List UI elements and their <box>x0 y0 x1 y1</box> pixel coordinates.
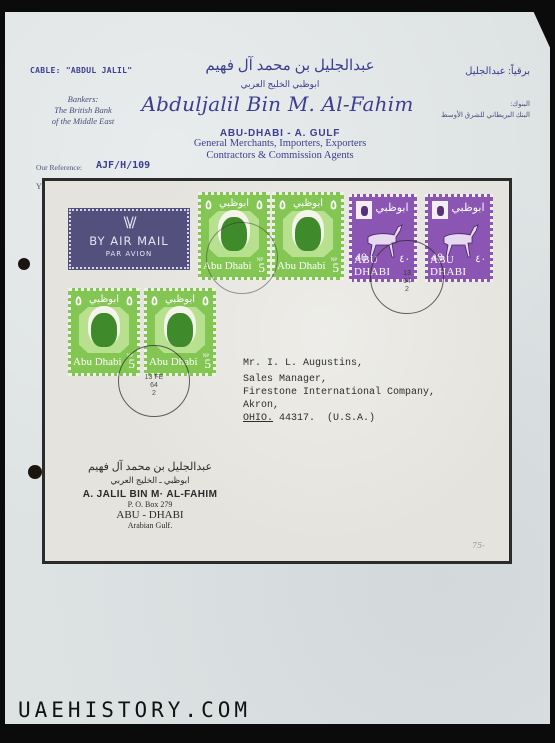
postmark-year: 64 <box>403 278 411 285</box>
recipient-line: Firestone International Company, <box>243 387 435 398</box>
bank-name-line1: The British Bank <box>38 105 128 116</box>
recipient-address: Mr. I. L. Augustins,Sales Manager, Fires… <box>243 357 435 425</box>
stamp-arabic-text: ابوظبي <box>201 198 267 209</box>
trade-line-2: Contractors & Commission Agents <box>150 150 410 162</box>
bank-name-line2: of the Middle East <box>38 116 128 127</box>
stamp-arabic-text: ابوظبي <box>446 201 490 214</box>
bankers-label: Bankers: <box>38 94 128 105</box>
airmail-text: BY AIR MAIL <box>68 234 190 248</box>
wings-icon: \\// <box>68 215 190 231</box>
portrait-icon <box>91 313 117 347</box>
postmark-day: 13 <box>403 270 411 277</box>
par-avion-text: PAR AVION <box>68 250 190 258</box>
reference-value: AJF/H/109 <box>96 160 150 171</box>
arabic-company-name: عبدالجليل بن محمد آل فهيم <box>180 56 400 75</box>
postmark: 13642 <box>370 240 444 314</box>
portrait-icon <box>167 313 193 347</box>
reference-label: Our Reference: <box>36 163 82 172</box>
arabic-location: ابوظبي الخليج العربي <box>200 79 360 90</box>
stamp-arabic-text: ابوظبي <box>275 198 341 209</box>
pencil-note: 75- <box>472 541 485 550</box>
trade-description: General Merchants, Importers, Exporters … <box>150 138 410 162</box>
stamp-value: 5 <box>333 260 340 276</box>
trade-line-1: General Merchants, Importers, Exporters <box>150 138 410 150</box>
stamp-arabic-text: ابوظبي <box>370 201 414 214</box>
portrait-icon <box>295 217 321 251</box>
arabic-bankers-label: البنوك: <box>420 99 530 110</box>
sender-name: A. JALIL BIN M· AL-FAHIM <box>60 489 240 500</box>
postmark-code: 2 <box>152 390 156 397</box>
paper-hole <box>18 258 30 270</box>
arabic-bankers-block: البنوك: البنك البريطاني للشرق الأوسط <box>420 99 530 121</box>
paper-hole <box>28 465 42 479</box>
stamp-country: Abu Dhabi <box>277 260 326 276</box>
postmark-month: FE <box>154 374 163 381</box>
sender-address: عبدالجليل بن محمد آل فهيم ابوظبي ـ الخلي… <box>60 460 240 530</box>
postmark-day: 13 <box>145 374 153 381</box>
stamp-5np: ٥٥ ابوظبي NP Abu Dhabi5 <box>272 192 344 280</box>
stamp-value: 5 <box>205 356 212 372</box>
sender-region: Arabian Gulf. <box>60 521 240 530</box>
recipient-name: Mr. I. L. Augustins, <box>243 357 435 370</box>
sender-city: ABU - DHABI <box>60 509 240 521</box>
postmark <box>206 222 278 294</box>
recipient-state: OHIO. <box>243 413 273 424</box>
truncated-text: Y <box>36 182 42 191</box>
recipient-zip-country: 44317. (U.S.A.) <box>273 413 375 424</box>
stamp-arabic-text: ابوظبي <box>147 294 213 305</box>
postmark: 13 FE642 <box>118 345 190 417</box>
postmark-code: 2 <box>405 286 409 293</box>
sender-arabic-location: ابوظبي ـ الخليج العربي <box>60 475 240 486</box>
stamp-country: Abu Dhabi <box>73 356 122 372</box>
arabic-cable-address: برقياً: عبدالجليل <box>440 66 530 77</box>
stamp-arabic-text: ابوظبي <box>71 294 137 305</box>
watermark: UAEHISTORY.COM <box>18 698 251 722</box>
cable-address: CABLE: "ABDUL JALIL" <box>30 66 132 75</box>
airmail-label: \\// BY AIR MAIL PAR AVION <box>68 208 190 270</box>
bankers-block: Bankers: The British Bank of the Middle … <box>38 94 128 127</box>
recipient-line: Akron, <box>243 400 279 411</box>
postmark-year: 64 <box>150 382 158 389</box>
recipient-line: Sales Manager, <box>243 374 327 385</box>
sender-arabic-name: عبدالجليل بن محمد آل فهيم <box>60 460 240 473</box>
arabic-bank-name: البنك البريطاني للشرق الأوسط <box>420 110 530 121</box>
sender-po-box: P. O. Box 279 <box>60 500 240 509</box>
company-script-name: Abduljalil Bin M. Al-Fahim <box>140 92 415 116</box>
